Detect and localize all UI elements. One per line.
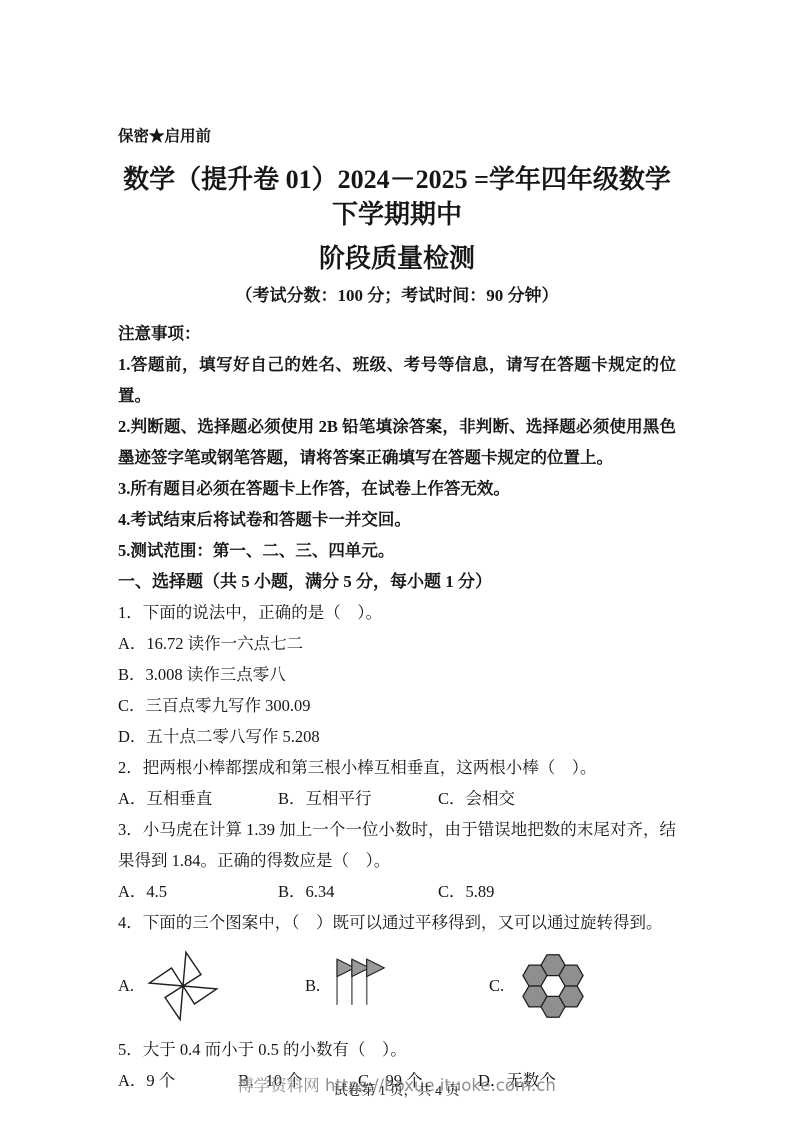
hexagon-flower-figure: [515, 941, 591, 1031]
question-1-option-d: D．五十点二零八写作 5.208: [118, 721, 676, 752]
flag-pennants: [337, 959, 384, 977]
notice-item-5: 5.测试范围：第一、二、三、四单元。: [118, 535, 676, 566]
question-3-option-b: B．6.34: [278, 876, 438, 907]
notice-item-4: 4.考试结束后将试卷和答题卡一并交回。: [118, 504, 676, 535]
question-1-option-b: B．3.008 读作三点零八: [118, 659, 676, 690]
page-footer: 博学资料网 https://boxue.ituoke.com.cn 试卷第 1 …: [0, 1068, 793, 1108]
figure-c-label: C.: [489, 976, 509, 996]
pinwheel-figure: [144, 940, 222, 1032]
question-1-stem: 1．下面的说法中，正确的是（ ）。: [118, 597, 676, 628]
hexagon-cells: [523, 955, 583, 1018]
pinwheel-blade: [163, 985, 183, 1020]
question-1-option-c: C．三百点零九写作 300.09: [118, 690, 676, 721]
question-4-stem: 4．下面的三个图案中，（ ）既可以通过平移得到，又可以通过旋转得到。: [118, 907, 676, 938]
hexagon-cell: [523, 965, 547, 986]
question-2-option-c: C．会相交: [438, 783, 515, 814]
pinwheel-blade: [183, 952, 203, 987]
question-4-figures: A. B.: [118, 940, 676, 1032]
figure-a-label: A.: [118, 976, 138, 996]
exam-title-line1: 数学（提升卷 01）2024－2025 =学年四年级数学下学期期中: [118, 162, 676, 232]
question-3-option-c: C．5.89: [438, 876, 494, 907]
question-3-option-a: A．4.5: [118, 876, 278, 907]
notice-item-1: 1.答题前，填写好自己的姓名、班级、考号等信息，请写在答题卡规定的位置。: [118, 349, 676, 411]
figure-b-label: B.: [305, 976, 325, 996]
exam-title-line2: 阶段质量检测: [118, 241, 676, 276]
notice-heading: 注意事项：: [118, 318, 676, 349]
hexagon-cell: [559, 965, 583, 986]
section-heading: 一、选择题（共 5 小题，满分 5 分，每小题 1 分）: [118, 566, 676, 597]
flag-pennant: [367, 959, 385, 977]
question-1-option-a: A．16.72 读作一六点七二: [118, 628, 676, 659]
question-5-stem: 5．大于 0.4 而小于 0.5 的小数有（ ）。: [118, 1034, 676, 1065]
pinwheel-blade: [182, 986, 217, 1006]
notice-item-3: 3.所有题目必须在答题卡上作答，在试卷上作答无效。: [118, 473, 676, 504]
hexagon-cell: [541, 996, 565, 1017]
confidential-notice: 保密★启用前: [118, 127, 676, 147]
exam-info: （考试分数：100 分；考试时间：90 分钟）: [118, 285, 676, 307]
question-2-stem: 2．把两根小棒都摆成和第三根小棒互相垂直，这两根小棒（ ）。: [118, 752, 676, 783]
page-number: 试卷第 1 页，共 4 页: [0, 1080, 793, 1100]
question-2-options: A．互相垂直 B．互相平行 C．会相交: [118, 783, 676, 814]
question-3-options: A．4.5 B．6.34 C．5.89: [118, 876, 676, 907]
exam-content: 保密★启用前 数学（提升卷 01）2024－2025 =学年四年级数学下学期期中…: [118, 127, 676, 1096]
question-3-stem: 3．小马虎在计算 1.39 加上一个一位小数时，由于错误地把数的末尾对齐，结果得…: [118, 814, 676, 876]
question-2-option-a: A．互相垂直: [118, 783, 278, 814]
exam-paper-page: 保密★启用前 数学（提升卷 01）2024－2025 =学年四年级数学下学期期中…: [0, 0, 793, 1122]
notice-block: 注意事项： 1.答题前，填写好自己的姓名、班级、考号等信息，请写在答题卡规定的位…: [118, 318, 676, 566]
question-2-option-b: B．互相平行: [278, 783, 438, 814]
flags-figure: [331, 950, 393, 1014]
pinwheel-blade: [149, 966, 184, 986]
notice-item-2: 2.判断题、选择题必须使用 2B 铅笔填涂答案，非判断、选择题必须使用黑色墨迹签…: [118, 411, 676, 473]
pinwheel-blades: [146, 949, 219, 1022]
